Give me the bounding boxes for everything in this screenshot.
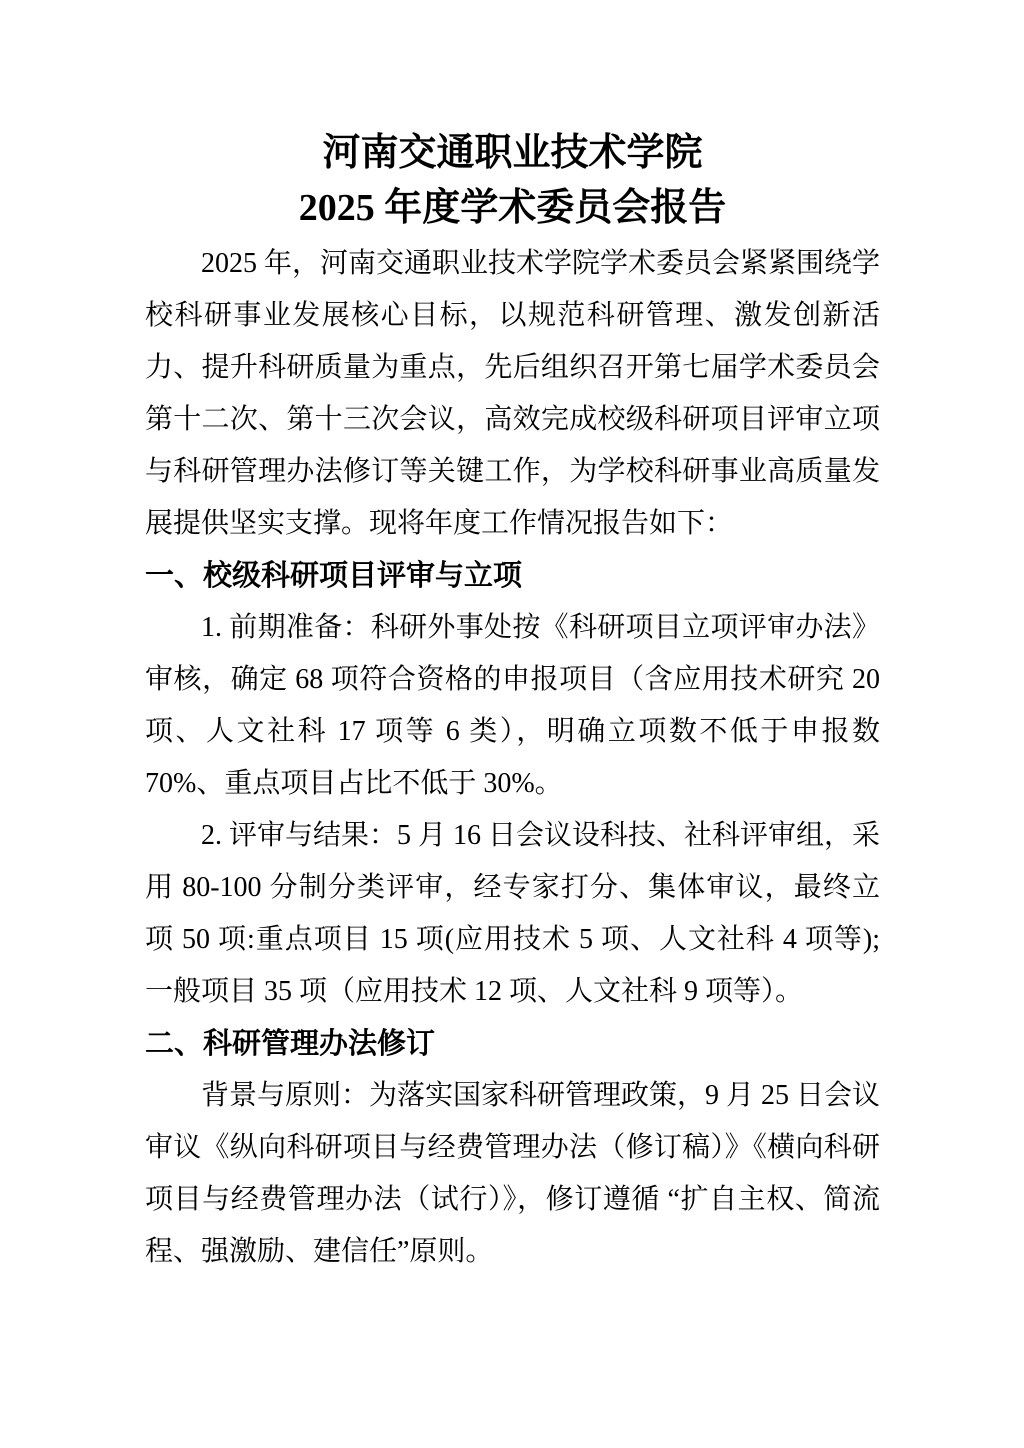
section-1-heading: 一、校级科研项目评审与立项 <box>145 550 880 602</box>
title-line-2: 2025 年度学术委员会报告 <box>145 181 880 236</box>
section-1-paragraph-2: 2. 评审与结果：5 月 16 日会议设科技、社科评审组，采用 80-100 分… <box>145 810 880 1018</box>
section-2-heading: 二、科研管理办法修订 <box>145 1018 880 1070</box>
section-1-paragraph-1: 1. 前期准备：科研外事处按《科研项目立项评审办法》审核，确定 68 项符合资格… <box>145 602 880 810</box>
document-title: 河南交通职业技术学院 2025 年度学术委员会报告 <box>145 126 880 236</box>
title-line-1: 河南交通职业技术学院 <box>145 126 880 181</box>
section-2-paragraph-1: 背景与原则：为落实国家科研管理政策，9 月 25 日会议审议《纵向科研项目与经费… <box>145 1070 880 1278</box>
intro-paragraph: 2025 年，河南交通职业技术学院学术委员会紧紧围绕学校科研事业发展核心目标，以… <box>145 238 880 550</box>
document-page: 河南交通职业技术学院 2025 年度学术委员会报告 2025 年，河南交通职业技… <box>0 0 1024 1448</box>
